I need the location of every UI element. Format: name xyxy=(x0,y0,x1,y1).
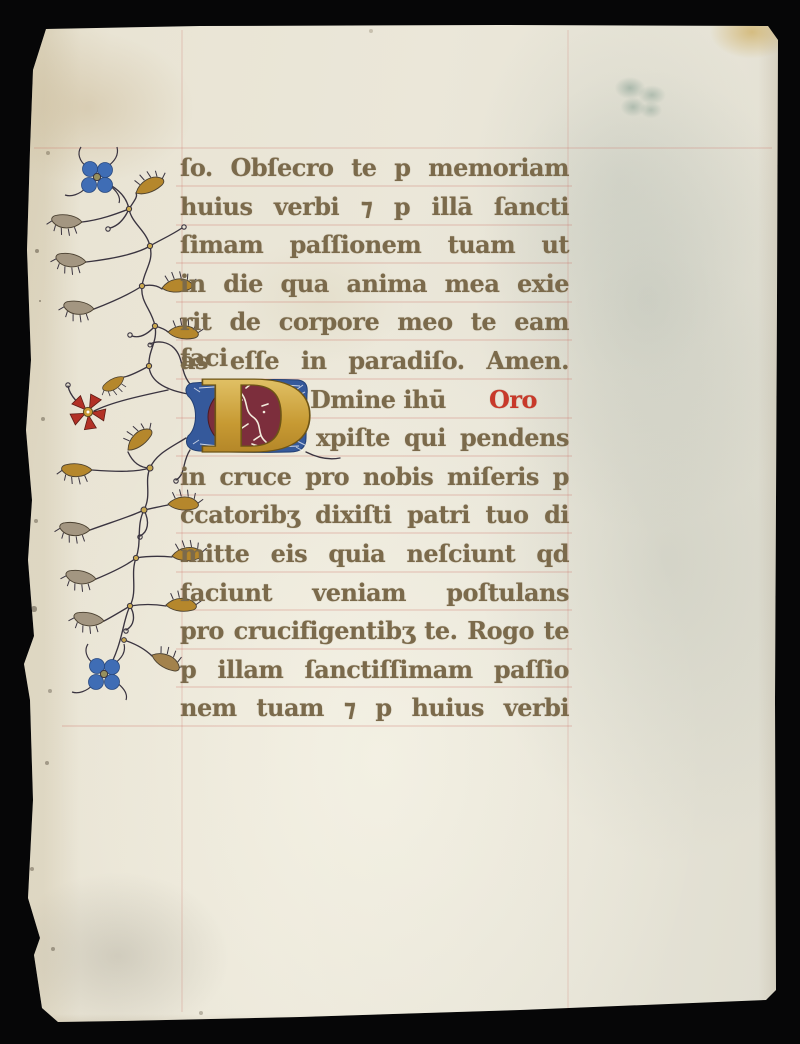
parchment-specks xyxy=(0,0,2,2)
manuscript-line: ſo. Obſecro te p memoriam xyxy=(180,150,569,188)
vine-nodes xyxy=(122,206,158,642)
manuscript-line: ſimam paſſionem tuam ut xyxy=(180,227,569,265)
manuscript-line: nem tuam ⁊ p huius verbi xyxy=(180,690,569,728)
initial-counter xyxy=(208,382,292,452)
initial-blue-ground xyxy=(186,380,307,453)
manuscript-line: pro crucifigentibʒ te. Rogo te xyxy=(180,613,569,651)
blue-flower-top xyxy=(65,147,120,203)
initial-filigree xyxy=(228,384,268,446)
manuscript-line: p illam ſanctiſſimam paſſio xyxy=(180,652,569,690)
manuscript-line: in cruce pro nobis miſeris p xyxy=(180,459,569,497)
manuscript-line: xpiſte qui pendens xyxy=(316,420,569,458)
manuscript-line: rit de corpore meo te eam faci xyxy=(180,304,569,342)
rubric-oro: Oro xyxy=(489,382,537,420)
oratio-opening: Dmine ihū xyxy=(310,382,446,420)
blue-flower-bottom xyxy=(72,644,127,700)
manuscript-line: mitte eis quia neſciunt qd xyxy=(180,536,569,574)
gold-leaf xyxy=(118,416,158,454)
gold-leaf xyxy=(56,463,92,485)
manuscript-photo: D ſo. Obſecro te p memoriam huius verbi … xyxy=(0,0,800,1044)
red-flower xyxy=(70,394,106,429)
manuscript-line: ccatoribʒ dixiſti patri tuo di xyxy=(180,497,569,535)
taupe-leaf xyxy=(59,568,97,594)
manuscript-line: in die qua anima mea exie xyxy=(180,266,569,304)
taupe-leaf xyxy=(67,610,105,636)
gold-leaf xyxy=(130,165,170,198)
oratio-heading-line: Dmine ihū Oro xyxy=(310,382,569,420)
taupe-leaf xyxy=(53,520,90,545)
manuscript-line: faciunt veniam poſtulans xyxy=(180,575,569,613)
manuscript-line: as eſſe in paradiſo. Amen. xyxy=(180,343,569,381)
manuscript-line: huius verbi ⁊ p illā ſancti xyxy=(180,189,569,227)
gold-leaf xyxy=(98,373,130,401)
taupe-leaf xyxy=(49,251,87,277)
tendril-tips xyxy=(66,225,186,633)
taupe-leaf xyxy=(57,299,94,324)
parchment-leaf: D ſo. Obſecro te p memoriam huius verbi … xyxy=(0,0,800,1044)
taupe-leaf xyxy=(46,213,83,237)
